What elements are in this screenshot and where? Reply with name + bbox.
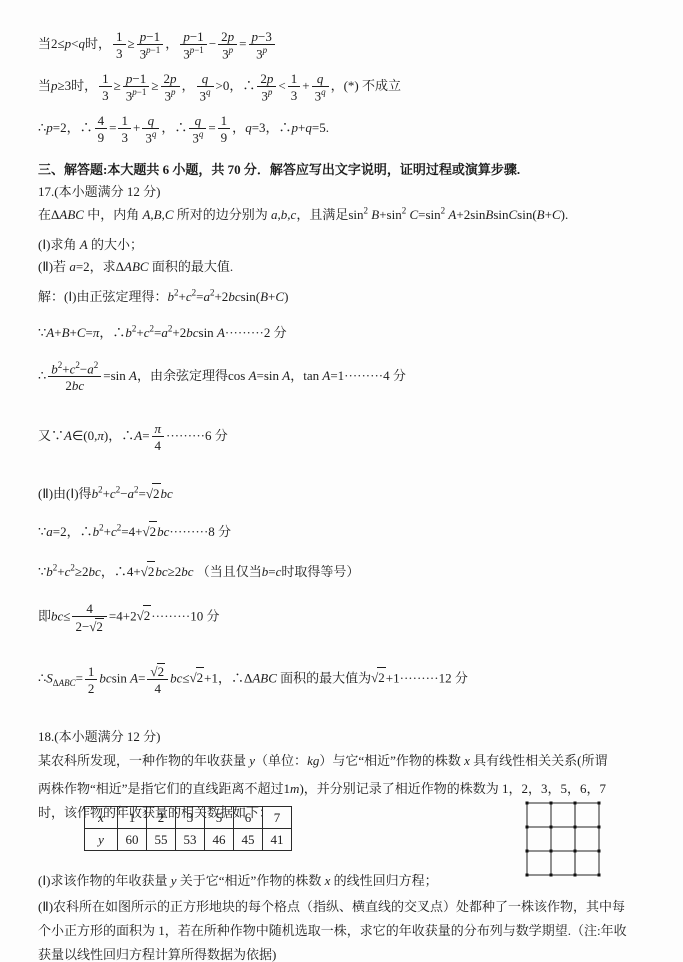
table-cell: 41 xyxy=(263,829,292,851)
table-cell: x xyxy=(85,807,118,829)
table-cell: 55 xyxy=(147,829,176,851)
table-cell: 2 xyxy=(147,807,176,829)
problem-18-part2: (Ⅱ)农科所在如图所示的正方形地块的每个格点（指纵、横直线的交叉点）处都种了一株… xyxy=(38,897,625,917)
solution-line: ∵A+B+C=π，∴b2+c2=a2+2bcsin A·········2 分 xyxy=(38,323,287,343)
problem-17-statement: 在ΔABC 中，内角 A,B,C 所对的边分别为 a,b,c，且满足sin2 B… xyxy=(38,205,568,225)
document-page: 当2≤p<q时，13≥p−13p−1，p−13p−1−2p3p=p−33p 当p… xyxy=(0,0,683,962)
table-cell: 5 xyxy=(205,807,234,829)
table-cell: 45 xyxy=(234,829,263,851)
solution-line: ∴b2+c2−a22bc=sin A，由余弦定理得cos A=sin A，tan… xyxy=(38,361,406,393)
solution-line: ∵b2+c2≥2bc，∴4+√2bc≥2bc （当且仅当b=c时取得等号） xyxy=(38,561,359,582)
problem-18-statement: 两株作物“相近”是指它们的直线距离不超过1m)，并分别记录了相近作物的株数为 1… xyxy=(38,779,606,799)
solution-line: ∴SΔABC=12bcsin A=√24bc≤√2+1，∴ΔABC 面积的最大值… xyxy=(38,663,468,696)
table-row: y605553464541 xyxy=(85,829,292,851)
problem-18-statement: 某农科所发现，一种作物的年收获量 y（单位：kg）与它“相近”作物的株数 x 具… xyxy=(38,751,608,771)
solution-line: ∵a=2，∴b2+c2=4+√2bc·········8 分 xyxy=(38,521,231,542)
problem-18-part1: (Ⅰ)求该作物的年收获量 y 关于它“相近”作物的株数 x 的线性回归方程； xyxy=(38,871,438,891)
table-row: x123567 xyxy=(85,807,292,829)
table-cell: 60 xyxy=(118,829,147,851)
table-cell: y xyxy=(85,829,118,851)
solution-line: 解：(Ⅰ)由正弦定理得：b2+c2=a2+2bcsin(B+C) xyxy=(38,287,288,307)
table-cell: 46 xyxy=(205,829,234,851)
problem-17-part1: (Ⅰ)求角 A 的大小； xyxy=(38,235,143,255)
solution-line: 即bc≤42−√2=4+2√2·········10 分 xyxy=(38,601,219,634)
section-header: 三、解答题:本大题共 6 小题，共 70 分．解答应写出文字说明，证明过程或演算… xyxy=(38,160,520,180)
table-cell: 3 xyxy=(176,807,205,829)
solution-line: (Ⅱ)由(Ⅰ)得b2+c2−a2=√2bc xyxy=(38,483,173,504)
problem-17-header: 17.(本小题满分 12 分) xyxy=(38,182,160,202)
xy-data-table: x123567y605553464541 xyxy=(84,806,292,851)
table-cell: 7 xyxy=(263,807,292,829)
table-cell: 53 xyxy=(176,829,205,851)
problem-18-part2: 个小正方形的面积为 1，若在所种作物中随机选取一株，求它的年收获量的分布列与数学… xyxy=(38,921,627,941)
problem-18-part2: 获量以线性回归方程计算所得数据为依据) xyxy=(38,945,276,962)
data-table-wrapper: x123567y605553464541 xyxy=(84,806,292,851)
table-cell: 1 xyxy=(118,807,147,829)
problem-18-header: 18.(本小题满分 12 分) xyxy=(38,727,160,747)
table-cell: 6 xyxy=(234,807,263,829)
formula-line: ∴p=2，∴49=13+q3q，∴q3q=19，q=3，∴p+q=5. xyxy=(38,113,329,145)
lattice-grid-figure xyxy=(522,798,604,880)
solution-line: 又∵A∈(0,π)，∴A=π4·········6 分 xyxy=(38,421,228,453)
formula-line: 当2≤p<q时，13≥p−13p−1，p−13p−1−2p3p=p−33p xyxy=(38,29,277,61)
problem-17-part2: (Ⅱ)若 a=2，求ΔABC 面积的最大值. xyxy=(38,257,233,277)
formula-line: 当p≥3时，13≥p−13p−1≥2p3p，q3q>0，∴2p3p<13+q3q… xyxy=(38,71,401,103)
